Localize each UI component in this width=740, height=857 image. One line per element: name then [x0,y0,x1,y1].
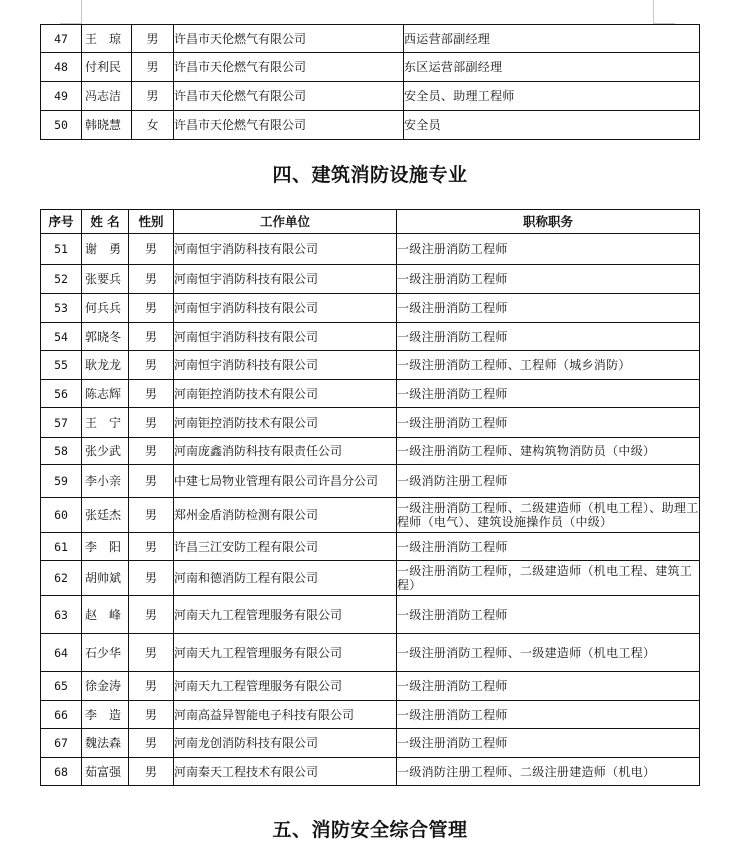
person-sex: 男 [129,438,174,465]
person-name: 魏法森 [82,729,129,758]
table-row: 56陈志辉男河南钜控消防技术有限公司一级注册消防工程师 [41,380,700,408]
person-name: 王 宁 [82,408,129,438]
person-name: 陈志辉 [82,380,129,408]
work-unit: 许昌市天伦燃气有限公司 [174,82,404,111]
work-unit: 河南天九工程管理服务有限公司 [174,596,397,634]
row-number: 47 [41,25,82,53]
work-unit: 河南恒宇消防科技有限公司 [174,351,397,380]
work-unit: 河南天九工程管理服务有限公司 [174,634,397,672]
person-name: 张廷杰 [82,498,129,533]
row-number: 66 [41,701,82,729]
person-name: 谢 勇 [82,234,129,265]
person-name: 耿龙龙 [82,351,129,380]
job-title: 一级注册消防工程师 [397,380,700,408]
row-number: 58 [41,438,82,465]
job-title: 一级注册消防工程师 [397,294,700,323]
row-number: 60 [41,498,82,533]
work-unit: 河南恒宇消防科技有限公司 [174,294,397,323]
person-sex: 男 [129,323,174,351]
job-title: 一级注册消防工程师、二级建造师（机电工程）、助理工程师（电气）、建筑设施操作员（… [397,498,700,533]
row-number: 65 [41,672,82,701]
work-unit: 河南恒宇消防科技有限公司 [174,265,397,294]
work-unit: 河南龙创消防科技有限公司 [174,729,397,758]
section-heading-fire-facilities: 四、建筑消防设施专业 [0,160,740,187]
job-title: 一级注册消防工程师，二级建造师（机电工程、建筑工程） [397,561,700,596]
job-title: 一级消防注册工程师、二级注册建造师（机电） [397,758,700,786]
personnel-table-continued: 47王 琼男许昌市天伦燃气有限公司西运营部副经理48付利民男许昌市天伦燃气有限公… [40,24,700,140]
row-number: 64 [41,634,82,672]
job-title: 一级注册消防工程师 [397,672,700,701]
person-sex: 男 [129,561,174,596]
row-number: 56 [41,380,82,408]
table-row: 68茹富强男河南秦天工程技术有限公司一级消防注册工程师、二级注册建造师（机电） [41,758,700,786]
job-title: 一级注册消防工程师 [397,265,700,294]
person-name: 何兵兵 [82,294,129,323]
table-header-row: 序号 姓 名 性别 工作单位 职称职务 [41,210,700,234]
person-sex: 男 [129,701,174,729]
row-number: 51 [41,234,82,265]
person-name: 张要兵 [82,265,129,294]
work-unit: 许昌市天伦燃气有限公司 [174,25,404,53]
table-row: 58张少武男河南庞鑫消防科技有限责任公司一级注册消防工程师、建构筑物消防员（中级… [41,438,700,465]
person-name: 徐金涛 [82,672,129,701]
table-row: 60张廷杰男郑州金盾消防检测有限公司一级注册消防工程师、二级建造师（机电工程）、… [41,498,700,533]
person-name: 石少华 [82,634,129,672]
job-title: 一级注册消防工程师 [397,234,700,265]
header-title: 职称职务 [397,210,700,234]
table-row: 55耿龙龙男河南恒宇消防科技有限公司一级注册消防工程师、工程师（城乡消防） [41,351,700,380]
table-row: 66李 造男河南高益异智能电子科技有限公司一级注册消防工程师 [41,701,700,729]
job-title: 一级注册消防工程师、建构筑物消防员（中级） [397,438,700,465]
person-sex: 男 [129,465,174,498]
table-row: 52张要兵男河南恒宇消防科技有限公司一级注册消防工程师 [41,265,700,294]
work-unit: 河南天九工程管理服务有限公司 [174,672,397,701]
work-unit: 许昌三江安防工程有限公司 [174,533,397,561]
job-title: 安全员 [404,111,700,140]
row-number: 54 [41,323,82,351]
work-unit: 郑州金盾消防检测有限公司 [174,498,397,533]
header-org: 工作单位 [174,210,397,234]
work-unit: 许昌市天伦燃气有限公司 [174,111,404,140]
person-sex: 男 [129,351,174,380]
person-sex: 男 [129,498,174,533]
row-number: 61 [41,533,82,561]
person-sex: 男 [132,53,174,82]
row-number: 57 [41,408,82,438]
person-sex: 男 [132,82,174,111]
header-no: 序号 [41,210,82,234]
person-name: 胡帅斌 [82,561,129,596]
table-row: 51谢 勇男河南恒宇消防科技有限公司一级注册消防工程师 [41,234,700,265]
header-sex: 性别 [129,210,174,234]
row-number: 67 [41,729,82,758]
job-title: 一级注册消防工程师、工程师（城乡消防） [397,351,700,380]
margin-mark-right-vertical [653,0,654,24]
person-name: 郭晓冬 [82,323,129,351]
person-name: 茹富强 [82,758,129,786]
row-number: 63 [41,596,82,634]
row-number: 49 [41,82,82,111]
row-number: 59 [41,465,82,498]
table-row: 59李小亲男中建七局物业管理有限公司许昌分公司一级消防注册工程师 [41,465,700,498]
job-title: 一级注册消防工程师 [397,408,700,438]
job-title: 东区运营部副经理 [404,53,700,82]
job-title: 一级注册消防工程师 [397,323,700,351]
work-unit: 河南恒宇消防科技有限公司 [174,323,397,351]
row-number: 48 [41,53,82,82]
job-title: 一级注册消防工程师 [397,701,700,729]
person-sex: 男 [129,634,174,672]
row-number: 50 [41,111,82,140]
work-unit: 河南钜控消防技术有限公司 [174,380,397,408]
work-unit: 河南高益异智能电子科技有限公司 [174,701,397,729]
person-sex: 男 [129,408,174,438]
table-row: 61李 阳男许昌三江安防工程有限公司一级注册消防工程师 [41,533,700,561]
section-heading-fire-safety-management: 五、消防安全综合管理 [0,815,740,842]
row-number: 53 [41,294,82,323]
person-sex: 男 [129,234,174,265]
job-title: 一级注册消防工程师 [397,533,700,561]
person-sex: 男 [129,294,174,323]
job-title: 一级注册消防工程师、一级建造师（机电工程） [397,634,700,672]
header-name: 姓 名 [82,210,129,234]
table-row: 53何兵兵男河南恒宇消防科技有限公司一级注册消防工程师 [41,294,700,323]
person-sex: 男 [129,729,174,758]
job-title: 安全员、助理工程师 [404,82,700,111]
person-sex: 男 [129,596,174,634]
table-row: 54郭晓冬男河南恒宇消防科技有限公司一级注册消防工程师 [41,323,700,351]
job-title: 一级注册消防工程师 [397,596,700,634]
table-row: 48付利民男许昌市天伦燃气有限公司东区运营部副经理 [41,53,700,82]
table-row: 67魏法森男河南龙创消防科技有限公司一级注册消防工程师 [41,729,700,758]
row-number: 68 [41,758,82,786]
person-name: 李 造 [82,701,129,729]
person-sex: 男 [129,672,174,701]
table-row: 64石少华男河南天九工程管理服务有限公司一级注册消防工程师、一级建造师（机电工程… [41,634,700,672]
person-name: 王 琼 [82,25,132,53]
person-name: 李 阳 [82,533,129,561]
personnel-table-fire-facilities: 序号 姓 名 性别 工作单位 职称职务 51谢 勇男河南恒宇消防科技有限公司一级… [40,209,700,786]
table-row: 50韩晓慧女许昌市天伦燃气有限公司安全员 [41,111,700,140]
table-row: 57王 宁男河南钜控消防技术有限公司一级注册消防工程师 [41,408,700,438]
margin-mark-left-vertical [81,0,82,24]
table-row: 62胡帅斌男河南和德消防工程有限公司一级注册消防工程师，二级建造师（机电工程、建… [41,561,700,596]
work-unit: 河南和德消防工程有限公司 [174,561,397,596]
person-sex: 男 [129,380,174,408]
person-name: 冯志洁 [82,82,132,111]
work-unit: 中建七局物业管理有限公司许昌分公司 [174,465,397,498]
table-row: 49冯志洁男许昌市天伦燃气有限公司安全员、助理工程师 [41,82,700,111]
work-unit: 许昌市天伦燃气有限公司 [174,53,404,82]
person-name: 韩晓慧 [82,111,132,140]
person-name: 张少武 [82,438,129,465]
job-title: 西运营部副经理 [404,25,700,53]
person-name: 付利民 [82,53,132,82]
job-title: 一级消防注册工程师 [397,465,700,498]
person-name: 赵 峰 [82,596,129,634]
person-sex: 男 [132,25,174,53]
person-sex: 男 [129,533,174,561]
person-sex: 男 [129,265,174,294]
table-row: 47王 琼男许昌市天伦燃气有限公司西运营部副经理 [41,25,700,53]
table-row: 65徐金涛男河南天九工程管理服务有限公司一级注册消防工程师 [41,672,700,701]
row-number: 55 [41,351,82,380]
person-sex: 女 [132,111,174,140]
work-unit: 河南钜控消防技术有限公司 [174,408,397,438]
work-unit: 河南庞鑫消防科技有限责任公司 [174,438,397,465]
job-title: 一级注册消防工程师 [397,729,700,758]
table-row: 63赵 峰男河南天九工程管理服务有限公司一级注册消防工程师 [41,596,700,634]
work-unit: 河南恒宇消防科技有限公司 [174,234,397,265]
row-number: 52 [41,265,82,294]
person-name: 李小亲 [82,465,129,498]
person-sex: 男 [129,758,174,786]
work-unit: 河南秦天工程技术有限公司 [174,758,397,786]
row-number: 62 [41,561,82,596]
